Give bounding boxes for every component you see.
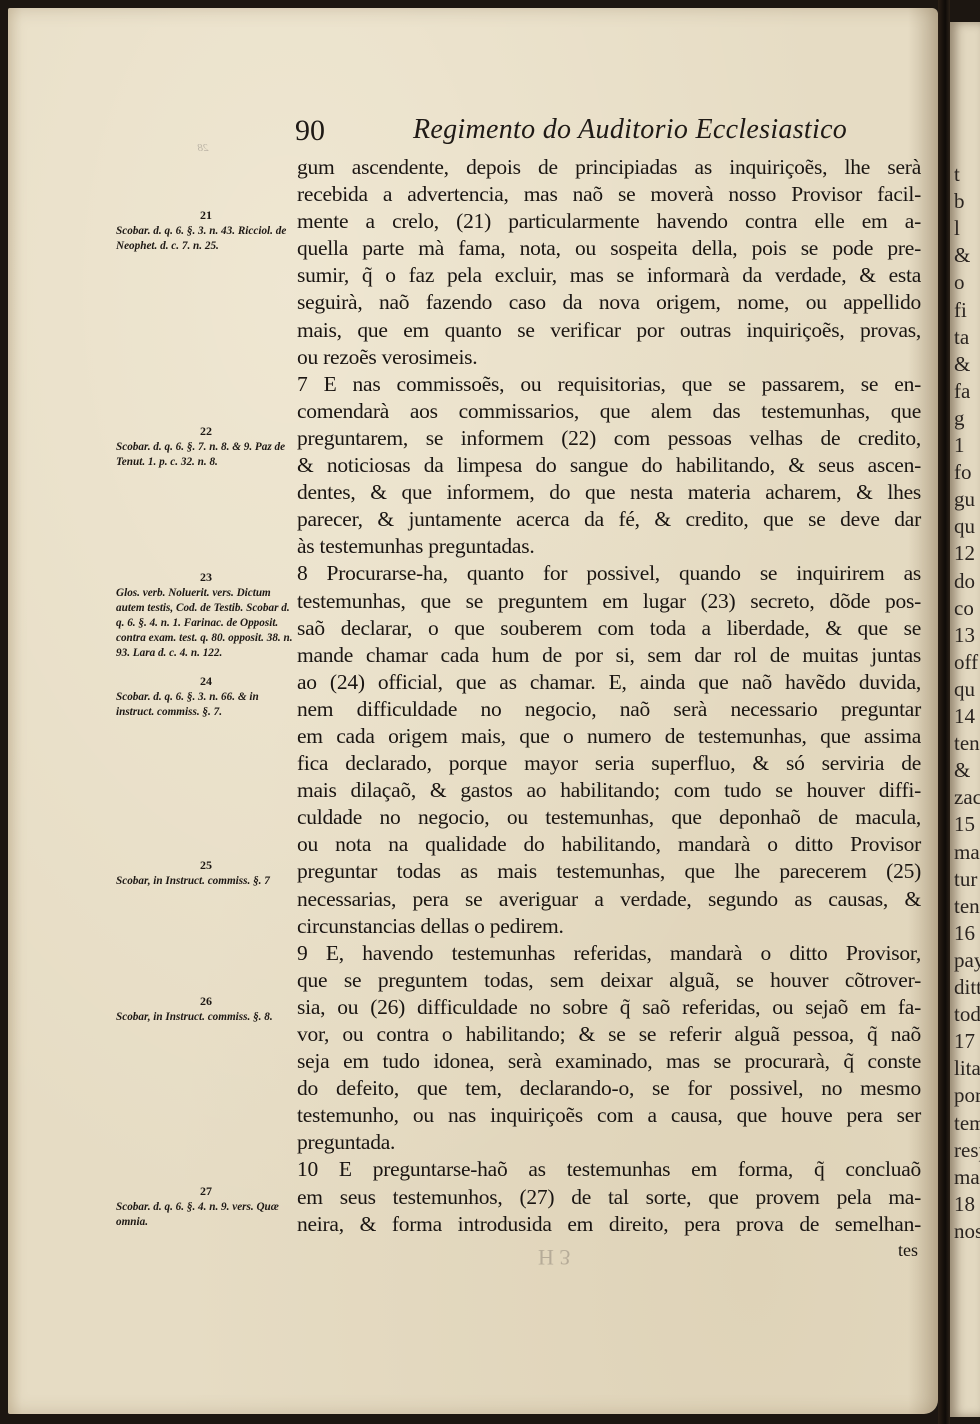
next-page-text-fragment: l xyxy=(954,216,960,241)
next-page-text-fragment: 13 xyxy=(954,623,975,648)
text-line: 10 E preguntarse-haõ as testemunhas em f… xyxy=(297,1156,921,1183)
next-page-text-fragment: fa xyxy=(954,379,970,404)
page-header: 90 Regimento do Auditorio Ecclesiastico xyxy=(295,114,855,150)
next-page-text-fragment: qu xyxy=(954,514,975,539)
text-line: culdade no negocio, ou testemunhas, que … xyxy=(297,804,921,831)
text-line: seja em tudo idonea, serà examinado, mas… xyxy=(297,1048,921,1075)
text-line: preguntarem, se informem (22) com pessoa… xyxy=(297,425,921,452)
note-number: 27 xyxy=(116,1184,296,1199)
text-line: mande chamar cada hum de por si, sem dar… xyxy=(297,642,921,669)
text-line: saõ declarar, o que souberem com toda a … xyxy=(297,615,921,642)
text-line: seguirà, naõ fazendo caso da nova origem… xyxy=(297,289,921,316)
text-line: vor, ou contra o habilitando; & se se re… xyxy=(297,1021,921,1048)
text-line: comendarà aos commissarios, que alem das… xyxy=(297,398,921,425)
text-line: dentes, & que informem, do que nesta mat… xyxy=(297,479,921,506)
text-line: quella parte mà fama, nota, ou sospeita … xyxy=(297,235,921,262)
text-line: mais dilaçaõ, & gastos ao habilitando; c… xyxy=(297,777,921,804)
bleed-through-signature: H 3 xyxy=(538,1244,570,1270)
next-page-text-fragment: ma xyxy=(954,840,980,865)
bleed-through-number: 28 xyxy=(108,140,298,156)
next-page-text-fragment: resp xyxy=(954,1138,980,1163)
next-page-text-fragment: ten xyxy=(954,731,980,756)
next-page-text-fragment: b xyxy=(954,189,965,214)
text-line: parecer, & juntamente acerca da fé, & cr… xyxy=(297,506,921,533)
note-text: Scobar. d. q. 6. §. 3. n. 66. & in instr… xyxy=(116,690,296,720)
bleed-through-margin-note: 28 xyxy=(108,140,298,156)
margin-note: 22 Scobar. d. q. 6. §. 7. n. 8. & 9. Paz… xyxy=(116,424,296,470)
next-page-text-fragment: o xyxy=(954,270,965,295)
next-page-text-fragment: qu xyxy=(954,677,975,702)
note-number: 21 xyxy=(116,208,296,223)
note-text: Scobar. d. q. 6. §. 4. n. 9. vers. Quæ o… xyxy=(116,1200,296,1230)
next-page-text-fragment: & xyxy=(954,758,970,783)
next-page-text-fragment: ten xyxy=(954,894,980,919)
margin-note: 23 Glos. verb. Noluerit. vers. Dictum au… xyxy=(116,570,296,661)
text-line: ao (24) official, que as chamar. E, aind… xyxy=(297,669,921,696)
margin-note: 25 Scobar, in Instruct. commiss. §. 7 xyxy=(116,858,296,889)
text-line: em seus testemunhos, (27) de tal sorte, … xyxy=(297,1184,921,1211)
text-line: & noticiosas da limpesa do sangue do hab… xyxy=(297,452,921,479)
next-page-text-fragment: & xyxy=(954,243,970,268)
text-line: testemunho, ou nas inquiriçoẽs com a cau… xyxy=(297,1102,921,1129)
next-page-text-fragment: gu xyxy=(954,487,975,512)
text-line: gum ascendente, depois de principiadas a… xyxy=(297,154,921,181)
catchword: tes xyxy=(898,1240,918,1261)
text-line: do defeito, que tem, declarando-o, se fo… xyxy=(297,1075,921,1102)
book-page-right-edge: tbl&ofita&fag1foguqu12doco13offqu14ten&z… xyxy=(950,22,980,1417)
next-page-text-fragment: 12 xyxy=(954,541,975,566)
next-page-text-fragment: litar xyxy=(954,1056,980,1081)
book-gutter xyxy=(938,0,950,1424)
running-title: Regimento do Auditorio Ecclesiastico xyxy=(413,114,847,146)
text-line: neira, & forma introdusida em direito, p… xyxy=(297,1211,921,1238)
note-text: Scobar. d. q. 6. §. 3. n. 43. Ricciol. d… xyxy=(116,224,296,254)
text-line: mente a crelo, (21) particularmente have… xyxy=(297,208,921,235)
text-line: nem difficuldade no negocio, naõ serà ne… xyxy=(297,696,921,723)
next-page-text-fragment: 14 xyxy=(954,704,975,729)
text-line: mais, que em quanto se verificar por out… xyxy=(297,317,921,344)
text-line: 9 E, havendo testemunhas referidas, mand… xyxy=(297,940,921,967)
page-number: 90 xyxy=(295,114,325,148)
text-line: testemunhas, que se preguntem em lugar (… xyxy=(297,588,921,615)
next-page-text-fragment: co xyxy=(954,596,974,621)
margin-note: 27 Scobar. d. q. 6. §. 4. n. 9. vers. Qu… xyxy=(116,1184,296,1230)
next-page-text-fragment: fo xyxy=(954,460,972,485)
note-number: 25 xyxy=(116,858,296,873)
text-line: ou rezoẽs verosimeis. xyxy=(297,344,921,371)
next-page-text-fragment: off xyxy=(954,650,978,675)
next-page-text-fragment: 16 xyxy=(954,921,975,946)
text-line: sia, ou (26) difficuldade no sobre q̃ sa… xyxy=(297,994,921,1021)
book-page-left: 90 Regimento do Auditorio Ecclesiastico … xyxy=(8,8,938,1414)
next-page-text-fragment: nos xyxy=(954,1219,980,1244)
next-page-text-fragment: tem xyxy=(954,1111,980,1136)
margin-note: 24 Scobar. d. q. 6. §. 3. n. 66. & in in… xyxy=(116,674,296,720)
next-page-text-fragment: t xyxy=(954,162,960,187)
next-page-text-fragment: 1 xyxy=(954,433,965,458)
note-text: Scobar, in Instruct. commiss. §. 7 xyxy=(116,874,296,889)
next-page-text-fragment: toda xyxy=(954,1002,980,1027)
next-page-text-fragment: fi xyxy=(954,298,967,323)
next-page-text-fragment: & xyxy=(954,352,970,377)
note-text: Scobar, in Instruct. commiss. §. 8. xyxy=(116,1010,296,1025)
text-line: necessarias, pera se averiguar a verdade… xyxy=(297,886,921,913)
note-number: 26 xyxy=(116,994,296,1009)
next-page-text-fragment: 15 xyxy=(954,812,975,837)
margin-note: 21 Scobar. d. q. 6. §. 3. n. 43. Ricciol… xyxy=(116,208,296,254)
text-line: às testemunhas preguntadas. xyxy=(297,533,921,560)
next-page-text-fragment: tur xyxy=(954,867,977,892)
next-page-text-fragment: g xyxy=(954,406,965,431)
next-page-text-fragment: 17 xyxy=(954,1029,975,1054)
note-text: Scobar. d. q. 6. §. 7. n. 8. & 9. Paz de… xyxy=(116,440,296,470)
next-page-text-fragment: zac xyxy=(954,785,980,810)
next-page-text-fragment: do xyxy=(954,569,975,594)
next-page-text-fragment: 18 xyxy=(954,1192,975,1217)
margin-note: 26 Scobar, in Instruct. commiss. §. 8. xyxy=(116,994,296,1025)
text-line: 8 Procurarse-ha, quanto for possivel, qu… xyxy=(297,560,921,587)
text-line: ou nota na qualidade do habilitando, man… xyxy=(297,831,921,858)
text-line: fica declarado, porque mayor seria super… xyxy=(297,750,921,777)
text-line: sumir, q̃ o faz pela excluir, mas se inf… xyxy=(297,262,921,289)
text-line: recebida a advertencia, mas naõ se mover… xyxy=(297,181,921,208)
text-line: em cada origem mais, que o numero de tes… xyxy=(297,723,921,750)
text-line: preguntar todas as mais testemunhas, que… xyxy=(297,858,921,885)
text-line: que se preguntem todas, sem deixar alguã… xyxy=(297,967,921,994)
next-page-text-fragment: ta xyxy=(954,325,969,350)
note-number: 22 xyxy=(116,424,296,439)
next-page-text-fragment: ditt xyxy=(954,975,980,1000)
note-text: Glos. verb. Noluerit. vers. Dictum autem… xyxy=(116,586,296,661)
body-text: gum ascendente, depois de principiadas a… xyxy=(297,154,921,1238)
text-line: preguntada. xyxy=(297,1129,921,1156)
note-number: 23 xyxy=(116,570,296,585)
text-line: 7 E nas commissoẽs, ou requisitorias, qu… xyxy=(297,371,921,398)
note-number: 24 xyxy=(116,674,296,689)
next-page-text-fragment: pay xyxy=(954,948,980,973)
next-page-text-fragment: mais xyxy=(954,1165,980,1190)
next-page-text-fragment: porc xyxy=(954,1083,980,1108)
text-line: circunstancias dellas o pedirem. xyxy=(297,913,921,940)
